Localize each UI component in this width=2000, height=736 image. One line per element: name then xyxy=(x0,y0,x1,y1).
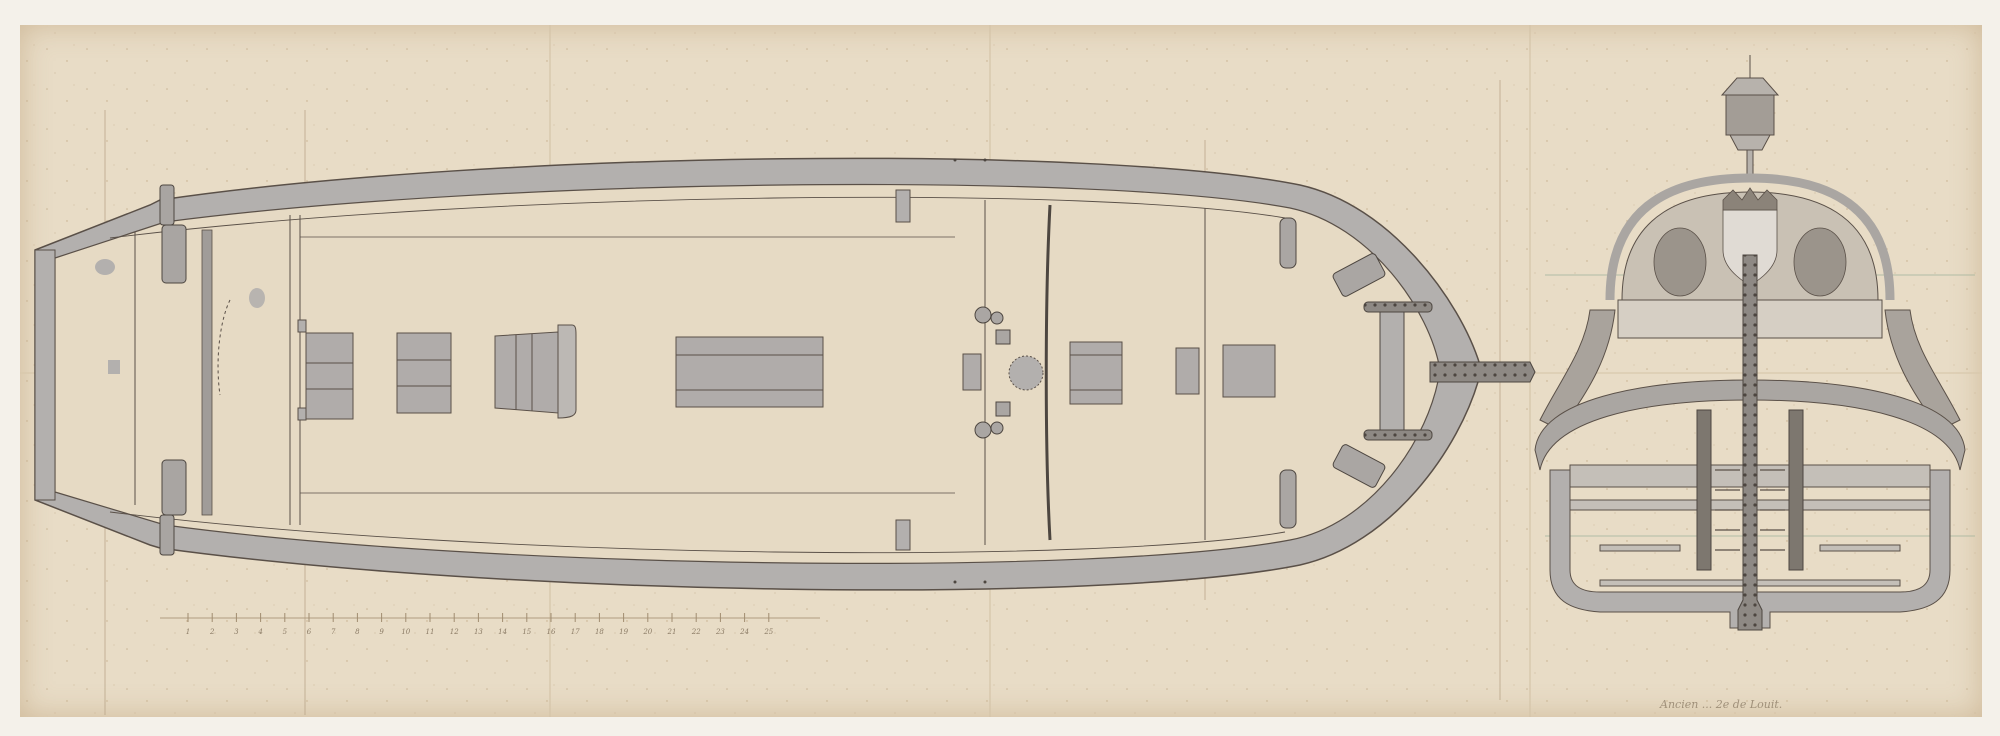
scale-label: 19 xyxy=(619,628,628,636)
scale-label: 17 xyxy=(571,628,580,636)
ship-plan-drawing: 1234567891011121314151617181920212223242… xyxy=(0,0,2000,736)
scale-label: 16 xyxy=(547,628,556,636)
scale-label: 25 xyxy=(763,628,773,636)
deck-plan xyxy=(35,158,1535,590)
scale-label: 9 xyxy=(379,628,384,636)
scale-label: 5 xyxy=(283,628,288,636)
hatch-oval xyxy=(95,259,115,275)
scale-label: 14 xyxy=(498,628,507,636)
scale-label: 23 xyxy=(715,628,725,636)
scale-label: 18 xyxy=(595,628,604,636)
scale-label: 11 xyxy=(426,628,435,636)
signature-text: Ancien ... 2e de Louit. xyxy=(1660,698,1782,711)
scale-label: 13 xyxy=(474,628,483,636)
scale-label: 22 xyxy=(691,628,701,636)
scale-label: 7 xyxy=(331,628,336,636)
scale-label: 20 xyxy=(642,628,652,636)
scale-label: 21 xyxy=(667,628,677,636)
scale-label: 6 xyxy=(307,628,312,636)
scale-label: 3 xyxy=(234,628,239,636)
scale-label: 2 xyxy=(209,628,215,636)
mast-rod xyxy=(202,230,212,515)
scale-label: 10 xyxy=(401,628,410,636)
scale-label: 1 xyxy=(186,628,190,636)
scale-label: 24 xyxy=(739,628,749,636)
scale-label: 12 xyxy=(450,628,459,636)
bowsprit xyxy=(1430,362,1535,382)
scale-label: 4 xyxy=(257,628,262,636)
capstan xyxy=(1009,356,1043,390)
scale-label: 8 xyxy=(355,628,360,636)
scale-label: 15 xyxy=(522,628,531,636)
